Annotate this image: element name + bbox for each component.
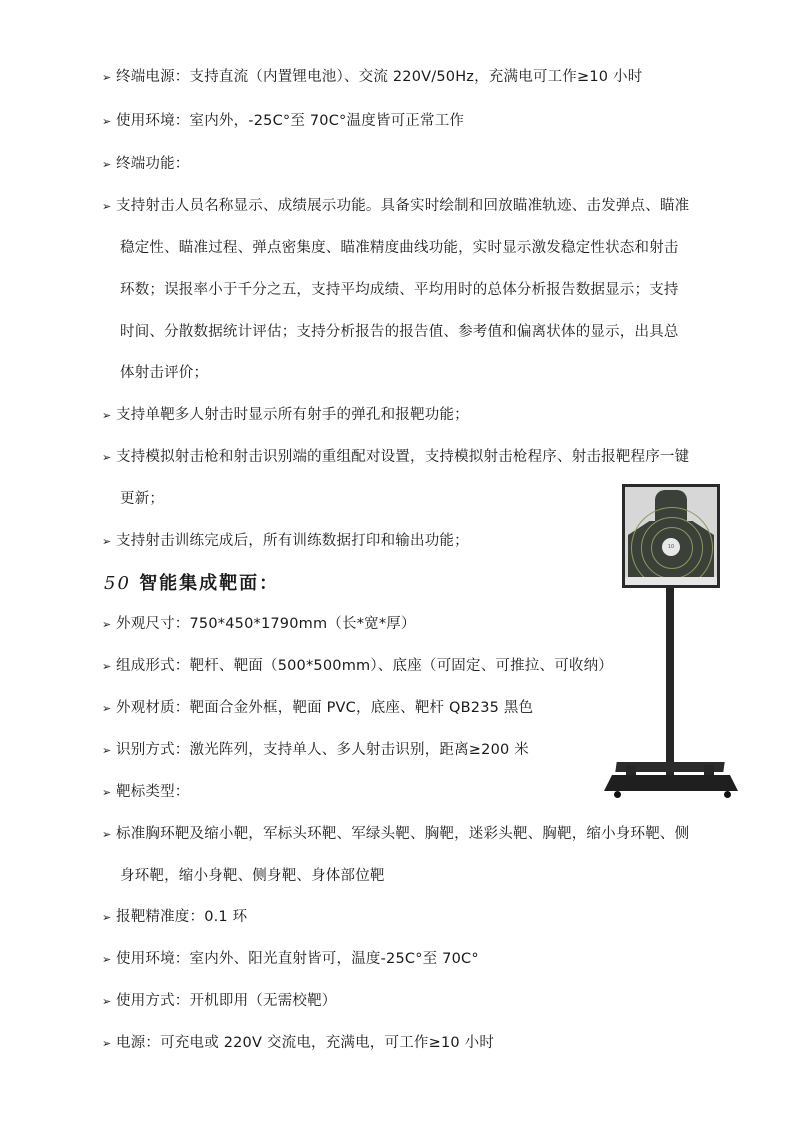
heading-number: 50 <box>104 573 131 594</box>
arrow-bullet-icon: ➢ <box>102 112 116 132</box>
heading-text: 智能集成靶面： <box>139 573 279 594</box>
target-paper: 10 <box>625 487 717 585</box>
feature-print-item: ➢支持射击训练完成后，所有训练数据打印和输出功能； <box>102 531 469 552</box>
arrow-bullet-icon: ➢ <box>102 657 116 677</box>
item-text: 使用环境：室内外，-25C°至 70C°温度皆可正常工作 <box>116 113 464 129</box>
spec-composition-item: ➢组成形式：靶杆、靶面（500*500mm）、底座（可固定、可推拉、可收纳） <box>102 656 613 677</box>
arrow-bullet-icon: ➢ <box>102 615 116 635</box>
spec-accuracy-item: ➢报靶精准度：0.1 环 <box>102 907 247 928</box>
wheel-icon <box>614 791 621 798</box>
target-frame: 10 <box>622 484 720 588</box>
spec-power-item: ➢电源：可充电或 220V 交流电，充满电，可工作≥10 小时 <box>102 1033 494 1054</box>
arrow-bullet-icon: ➢ <box>102 992 116 1012</box>
section-heading: 50 智能集成靶面： <box>104 569 279 595</box>
arrow-bullet-icon: ➢ <box>102 783 116 803</box>
item-text: 终端电源：支持直流（内置锂电池）、交流 220V/50Hz，充满电可工作≥10 … <box>116 69 642 85</box>
item-continuation: 更新； <box>120 489 164 509</box>
spec-usage-item: ➢使用方式：开机即用（无需校靶） <box>102 991 337 1012</box>
feature-pairing-item: ➢支持模拟射击枪和射击识别端的重组配对设置，支持模拟射击枪程序、射击报靶程序一键 <box>102 447 689 468</box>
arrow-bullet-icon: ➢ <box>102 741 116 761</box>
base-platform <box>604 775 738 791</box>
item-text: 支持射击人员名称显示、成绩展示功能。具备实时绘制和回放瞄准轨迹、击发弹点、瞄准 <box>116 198 689 214</box>
arrow-bullet-icon: ➢ <box>102 699 116 719</box>
spec-target-types-heading: ➢靶标类型： <box>102 782 190 803</box>
target-stand-image: 10 <box>600 480 750 810</box>
item-text: 电源：可充电或 220V 交流电，充满电，可工作≥10 小时 <box>116 1035 494 1051</box>
item-continuation: 稳定性、瞄准过程、弹点密集度、瞄准精度曲线功能，实时显示激发稳定性状态和射击 <box>120 238 679 258</box>
arrow-bullet-icon: ➢ <box>102 68 116 88</box>
arrow-bullet-icon: ➢ <box>102 197 116 217</box>
feature-display-item: ➢支持射击人员名称显示、成绩展示功能。具备实时绘制和回放瞄准轨迹、击发弹点、瞄准 <box>102 196 689 217</box>
item-text: 识别方式：激光阵列，支持单人、多人射击识别，距离≥200 米 <box>116 742 529 758</box>
arrow-bullet-icon: ➢ <box>102 532 116 552</box>
spec-target-types-item: ➢标准胸环靶及缩小靶，军标头环靶、军绿头靶、胸靶，迷彩头靶、胸靶，缩小身环靶、侧 <box>102 824 689 845</box>
spec-dimensions-item: ➢外观尺寸：750*450*1790mm（长*宽*厚） <box>102 614 416 635</box>
item-text: 外观材质：靶面合金外框，靶面 PVC，底座、靶杆 QB235 黑色 <box>116 700 533 716</box>
item-text: 报靶精准度：0.1 环 <box>116 909 247 925</box>
arrow-bullet-icon: ➢ <box>102 950 116 970</box>
item-continuation: 时间、分散数据统计评估；支持分析报告的报告值、参考值和偏离状体的显示，出具总 <box>120 322 679 342</box>
item-continuation: 环数；误报率小于千分之五，支持平均成绩、平均用时的总体分析报告数据显示；支持 <box>120 280 679 300</box>
item-text: 靶标类型： <box>116 784 190 800</box>
spec-material-item: ➢外观材质：靶面合金外框，靶面 PVC，底座、靶杆 QB235 黑色 <box>102 698 533 719</box>
terminal-function-heading: ➢终端功能： <box>102 154 190 175</box>
item-text: 支持射击训练完成后，所有训练数据打印和输出功能； <box>116 533 469 549</box>
item-text: 使用环境：室内外、阳光直射皆可，温度-25C°至 70C° <box>116 951 479 967</box>
spec-environment-item: ➢使用环境：室内外、阳光直射皆可，温度-25C°至 70C° <box>102 949 479 970</box>
arrow-bullet-icon: ➢ <box>102 448 116 468</box>
item-text: 终端功能： <box>116 156 190 172</box>
spec-recognition-item: ➢识别方式：激光阵列，支持单人、多人射击识别，距离≥200 米 <box>102 740 529 761</box>
target-pole <box>666 588 674 778</box>
arrow-bullet-icon: ➢ <box>102 825 116 845</box>
arrow-bullet-icon: ➢ <box>102 908 116 928</box>
item-text: 外观尺寸：750*450*1790mm（长*宽*厚） <box>116 616 416 632</box>
item-text: 组成形式：靶杆、靶面（500*500mm）、底座（可固定、可推拉、可收纳） <box>116 658 613 674</box>
terminal-environment-item: ➢使用环境：室内外，-25C°至 70C°温度皆可正常工作 <box>102 111 464 132</box>
feature-multi-shooter-item: ➢支持单靶多人射击时显示所有射手的弹孔和报靶功能； <box>102 405 469 426</box>
target-label-strip <box>625 577 717 585</box>
item-continuation: 体射击评价； <box>120 363 208 383</box>
item-text: 支持单靶多人射击时显示所有射手的弹孔和报靶功能； <box>116 407 469 423</box>
item-continuation: 身环靶，缩小身靶、侧身靶、身体部位靶 <box>120 866 385 886</box>
arrow-bullet-icon: ➢ <box>102 406 116 426</box>
item-text: 支持模拟射击枪和射击识别端的重组配对设置，支持模拟射击枪程序、射击报靶程序一键 <box>116 449 689 465</box>
bullseye: 10 <box>662 538 680 556</box>
arrow-bullet-icon: ➢ <box>102 1034 116 1054</box>
item-text: 标准胸环靶及缩小靶，军标头环靶、军绿头靶、胸靶，迷彩头靶、胸靶，缩小身环靶、侧 <box>116 826 689 842</box>
wheel-icon <box>724 791 731 798</box>
item-text: 使用方式：开机即用（无需校靶） <box>116 993 337 1009</box>
terminal-power-item: ➢终端电源：支持直流（内置锂电池）、交流 220V/50Hz，充满电可工作≥10… <box>102 67 642 88</box>
arrow-bullet-icon: ➢ <box>102 155 116 175</box>
